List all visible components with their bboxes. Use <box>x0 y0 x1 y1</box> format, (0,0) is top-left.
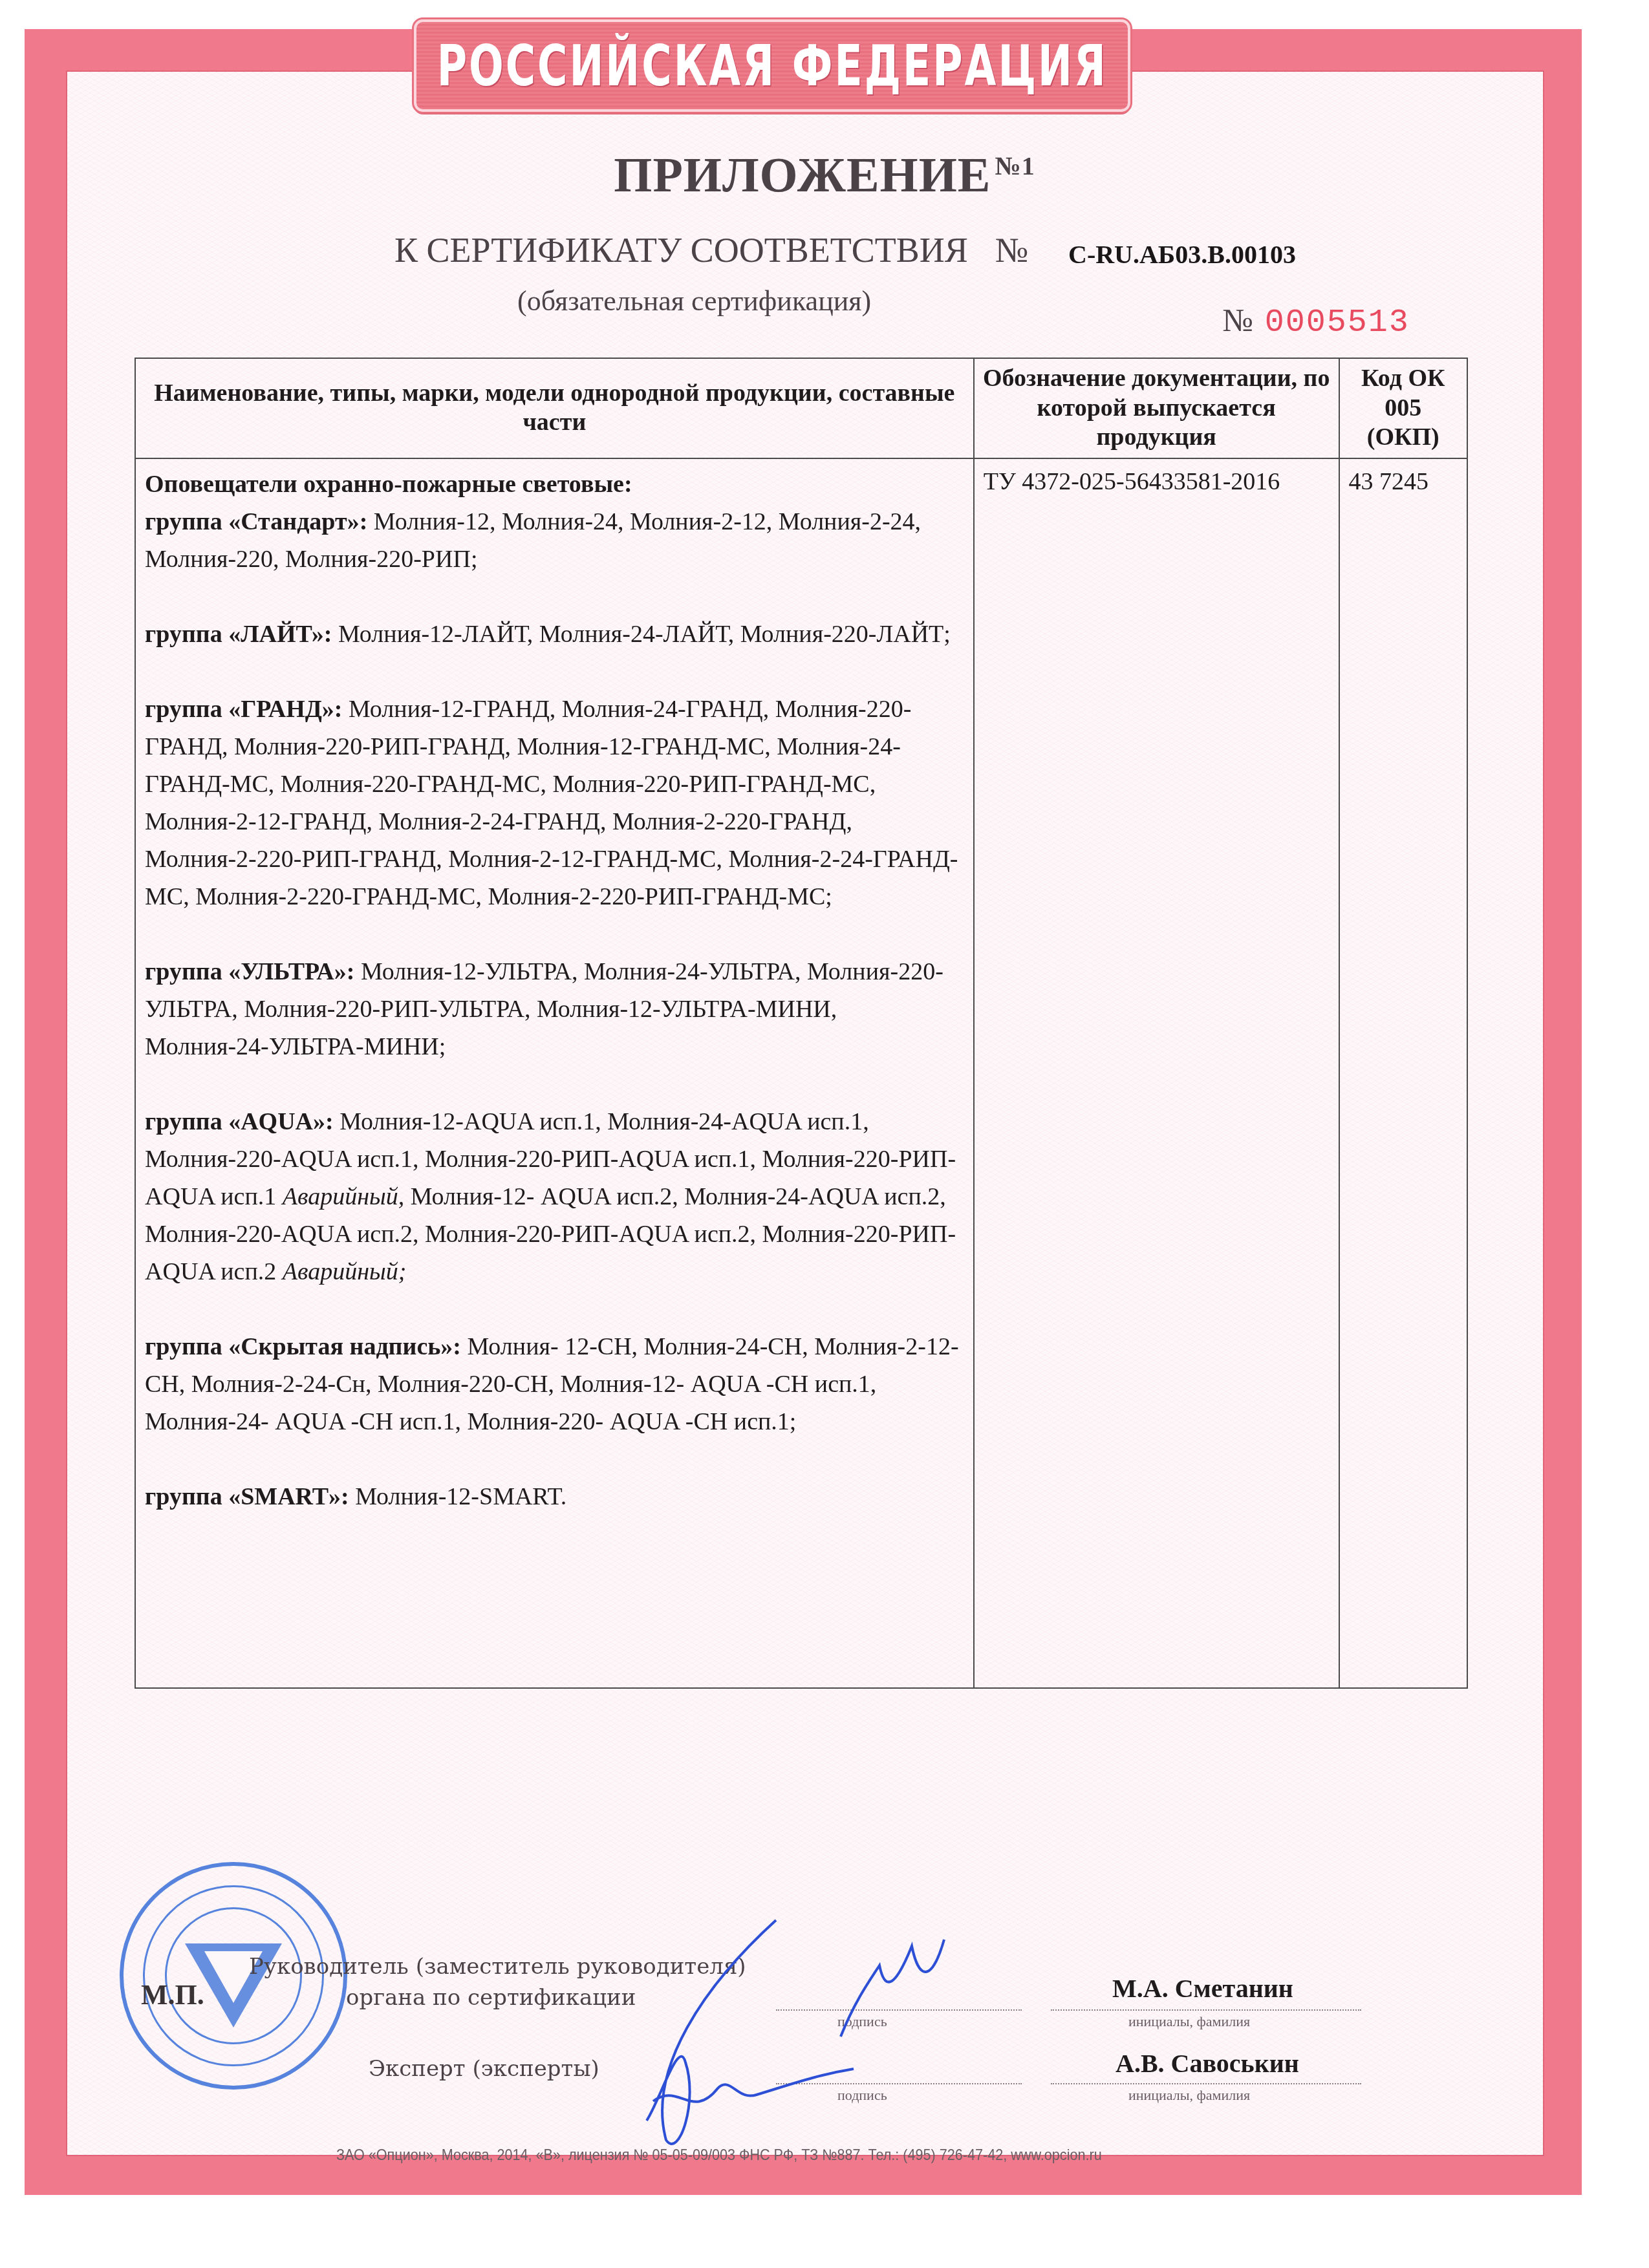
table-row: Оповещатели охранно-пожарные световые: г… <box>135 458 1467 1688</box>
group-label: группа «ЛАЙТ»: <box>145 621 332 648</box>
handwritten-signature-icon <box>608 1907 970 2166</box>
header-okp-code: Код ОК 005 (ОКП) <box>1339 358 1467 458</box>
okp-code-cell: 43 7245 <box>1339 458 1467 1688</box>
group-label: группа «Скрытая надпись»: <box>145 1333 461 1360</box>
documentation-cell: ТУ 4372-025-56433581-2016 <box>974 458 1339 1688</box>
expert-name-line <box>1051 2083 1361 2084</box>
stamp-label: М.П. <box>141 1978 204 2011</box>
banner-text: РОССИЙСКАЯ ФЕДЕРАЦИЯ <box>436 32 1107 99</box>
group-models: Молния-12-ЛАЙТ, Молния-24-ЛАЙТ, Молния-2… <box>338 621 951 648</box>
table-header-row: Наименование, типы, марки, модели одноро… <box>135 358 1467 458</box>
group-label: группа «AQUA»: <box>145 1108 334 1135</box>
expert-label: Эксперт (эксперты) <box>369 2056 599 2082</box>
expert-name: А.В. Савоськин <box>1115 2048 1299 2079</box>
head-label-line2: органа по сертификации <box>346 1985 636 2011</box>
title-text: ПРИЛОЖЕНИЕ <box>614 148 991 202</box>
group-grand: группа «ГРАНД»: Молния-12-ГРАНД, Молния-… <box>145 690 964 915</box>
title-number: №1 <box>995 151 1035 180</box>
emergency-note: Аварийный; <box>283 1258 407 1285</box>
group-models: Молния-12-SMART. <box>355 1483 566 1510</box>
group-hidden-inscription: группа «Скрытая надпись»: Молния- 12-СН,… <box>145 1328 964 1440</box>
head-name: М.А. Сметанин <box>1112 1973 1293 2004</box>
subtitle: К СЕРТИФИКАТУ СООТВЕТСТВИЯ № <box>394 230 1028 270</box>
products-cell: Оповещатели охранно-пожарные световые: г… <box>135 458 974 1688</box>
group-label: группа «Стандарт»: <box>145 508 367 535</box>
group-label: группа «УЛЬТРА»: <box>145 958 354 985</box>
printer-info: ЗАО «Опцион», Москва, 2014, «В», лицензи… <box>336 2146 1102 2165</box>
head-name-caption: инициалы, фамилия <box>1128 2013 1250 2030</box>
group-models: Молния-12-ГРАНД, Молния-24-ГРАНД, Молния… <box>145 696 958 910</box>
page-title: ПРИЛОЖЕНИЕ№1 <box>0 147 1649 204</box>
serial-value: 0005513 <box>1265 305 1410 341</box>
emergency-note: Аварийный, <box>283 1183 405 1210</box>
serial-number: №0005513 <box>1222 301 1410 341</box>
head-name-line <box>1051 2009 1361 2011</box>
group-aqua: группа «AQUA»: Молния-12-AQUA исп.1, Мол… <box>145 1103 964 1290</box>
group-ultra: группа «УЛЬТРА»: Молния-12-УЛЬТРА, Молни… <box>145 953 964 1065</box>
group-label: группа «SMART»: <box>145 1483 349 1510</box>
expert-name-caption: инициалы, фамилия <box>1128 2087 1250 2104</box>
group-smart: группа «SMART»: Молния-12-SMART. <box>145 1478 964 1515</box>
products-intro: Оповещатели охранно-пожарные световые: <box>145 465 964 503</box>
certificate-number: С-RU.АБ03.В.00103 <box>1068 239 1296 270</box>
products-table: Наименование, типы, марки, модели одноро… <box>135 358 1468 1689</box>
number-sign: № <box>995 231 1028 270</box>
header-products: Наименование, типы, марки, модели одноро… <box>135 358 974 458</box>
header-documentation: Обозначение документации, по которой вып… <box>974 358 1339 458</box>
country-banner: РОССИЙСКАЯ ФЕДЕРАЦИЯ <box>414 19 1130 112</box>
certification-type: (обязательная сертификация) <box>517 284 871 317</box>
subtitle-text: К СЕРТИФИКАТУ СООТВЕТСТВИЯ <box>394 231 968 270</box>
serial-sign: № <box>1222 302 1253 338</box>
group-standard: группа «Стандарт»: Молния-12, Молния-24,… <box>145 503 964 578</box>
group-lite: группа «ЛАЙТ»: Молния-12-ЛАЙТ, Молния-24… <box>145 615 964 653</box>
group-label: группа «ГРАНД»: <box>145 696 343 723</box>
